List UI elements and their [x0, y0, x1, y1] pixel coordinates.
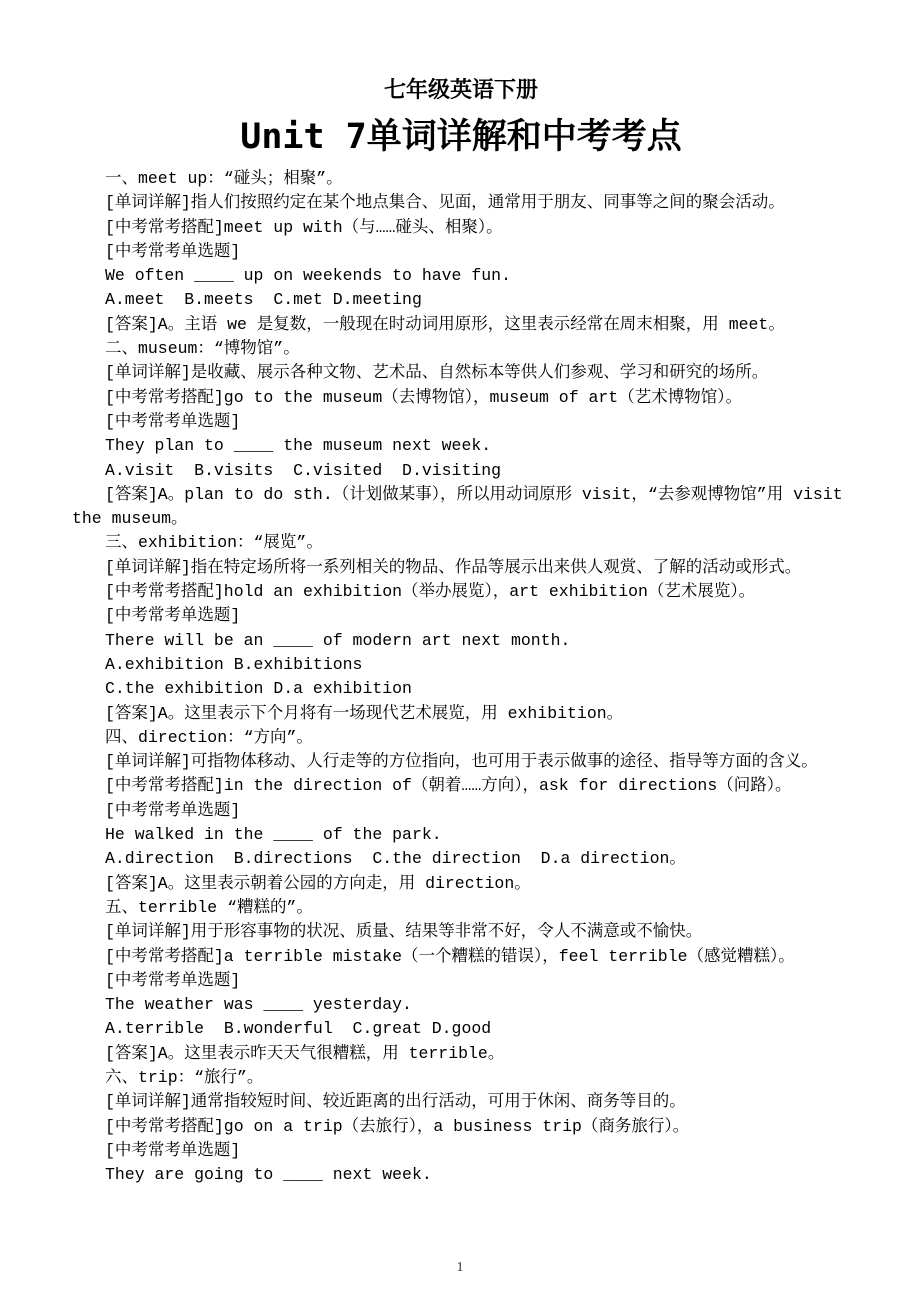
document-body: 一、meet up：“碰头；相聚”。[单词详解]指人们按照约定在某个地点集合、见… [72, 167, 850, 1187]
section-direction-word-heading: 四、direction：“方向”。 [72, 726, 850, 750]
section-terrible-question-stem: The weather was ____ yesterday. [72, 993, 850, 1017]
section-exhibition-collocation: [中考常考搭配]hold an exhibition（举办展览），art exh… [72, 580, 850, 604]
section-terrible-question-label: [中考常考单选题] [72, 969, 850, 993]
section-trip-collocation: [中考常考搭配]go on a trip（去旅行），a business tri… [72, 1115, 850, 1139]
section-direction-word-detail: [单词详解]可指物体移动、人行走等的方位指向，也可用于表示做事的途径、指导等方面… [72, 750, 850, 774]
section-trip-word-detail: [单词详解]通常指较短时间、较近距离的出行活动，可用于休闲、商务等目的。 [72, 1090, 850, 1114]
section-exhibition-word-detail: [单词详解]指在特定场所将一系列相关的物品、作品等展示出来供人观赏、了解的活动或… [72, 556, 850, 580]
section-museum-word-detail: [单词详解]是收藏、展示各种文物、艺术品、自然标本等供人们参观、学习和研究的场所… [72, 361, 850, 385]
section-museum-collocation: [中考常考搭配]go to the museum（去博物馆），museum of… [72, 386, 850, 410]
section-meet-up-word-detail: [单词详解]指人们按照约定在某个地点集合、见面，通常用于朋友、同事等之间的聚会活… [72, 191, 850, 215]
section-meet-up-options: A.meet B.meets C.met D.meeting [72, 288, 850, 312]
section-trip-question-stem: They are going to ____ next week. [72, 1163, 850, 1187]
section-exhibition-question-label: [中考常考单选题] [72, 604, 850, 628]
section-direction-options: A.direction B.directions C.the direction… [72, 847, 850, 871]
section-terrible-word-detail: [单词详解]用于形容事物的状况、质量、结果等非常不好，令人不满意或不愉快。 [72, 920, 850, 944]
section-direction-collocation: [中考常考搭配]in the direction of（朝着……方向），ask … [72, 774, 850, 798]
section-meet-up-word-heading: 一、meet up：“碰头；相聚”。 [72, 167, 850, 191]
section-exhibition-question-stem: There will be an ____ of modern art next… [72, 629, 850, 653]
book-subtitle: 七年级英语下册 [72, 78, 850, 104]
section-trip-word-heading: 六、trip：“旅行”。 [72, 1066, 850, 1090]
section-exhibition-word-heading: 三、exhibition：“展览”。 [72, 531, 850, 555]
section-terrible-answer: [答案]A。这里表示昨天天气很糟糕，用 terrible。 [72, 1042, 850, 1066]
section-museum-question-stem: They plan to ____ the museum next week. [72, 434, 850, 458]
section-terrible-word-heading: 五、terrible “糟糕的”。 [72, 896, 850, 920]
section-exhibition-options-cd: C.the exhibition D.a exhibition [72, 677, 850, 701]
page-title: Unit 7单词详解和中考考点 [72, 117, 850, 157]
section-meet-up-question-stem: We often ____ up on weekends to have fun… [72, 264, 850, 288]
section-exhibition-answer: [答案]A。这里表示下个月将有一场现代艺术展览，用 exhibition。 [72, 702, 850, 726]
section-meet-up-answer: [答案]A。主语 we 是复数，一般现在时动词用原形，这里表示经常在周末相聚，用… [72, 313, 850, 337]
section-meet-up-question-label: [中考常考单选题] [72, 240, 850, 264]
section-museum-options: A.visit B.visits C.visited D.visiting [72, 459, 850, 483]
section-museum-question-label: [中考常考单选题] [72, 410, 850, 434]
section-terrible-options: A.terrible B.wonderful C.great D.good [72, 1017, 850, 1041]
section-museum-word-heading: 二、museum：“博物馆”。 [72, 337, 850, 361]
section-direction-question-label: [中考常考单选题] [72, 799, 850, 823]
section-direction-question-stem: He walked in the ____ of the park. [72, 823, 850, 847]
section-meet-up-collocation: [中考常考搭配]meet up with（与……碰头、相聚）。 [72, 216, 850, 240]
section-exhibition-options-ab: A.exhibition B.exhibitions [72, 653, 850, 677]
section-trip-question-label: [中考常考单选题] [72, 1139, 850, 1163]
document-page: 七年级英语下册 Unit 7单词详解和中考考点 一、meet up：“碰头；相聚… [0, 0, 920, 1302]
section-direction-answer: [答案]A。这里表示朝着公园的方向走，用 direction。 [72, 872, 850, 896]
page-number: 1 [0, 1260, 920, 1276]
section-museum-answer: [答案]A。plan to do sth.（计划做某事），所以用动词原形 vis… [72, 483, 850, 532]
section-terrible-collocation: [中考常考搭配]a terrible mistake（一个糟糕的错误），feel… [72, 945, 850, 969]
